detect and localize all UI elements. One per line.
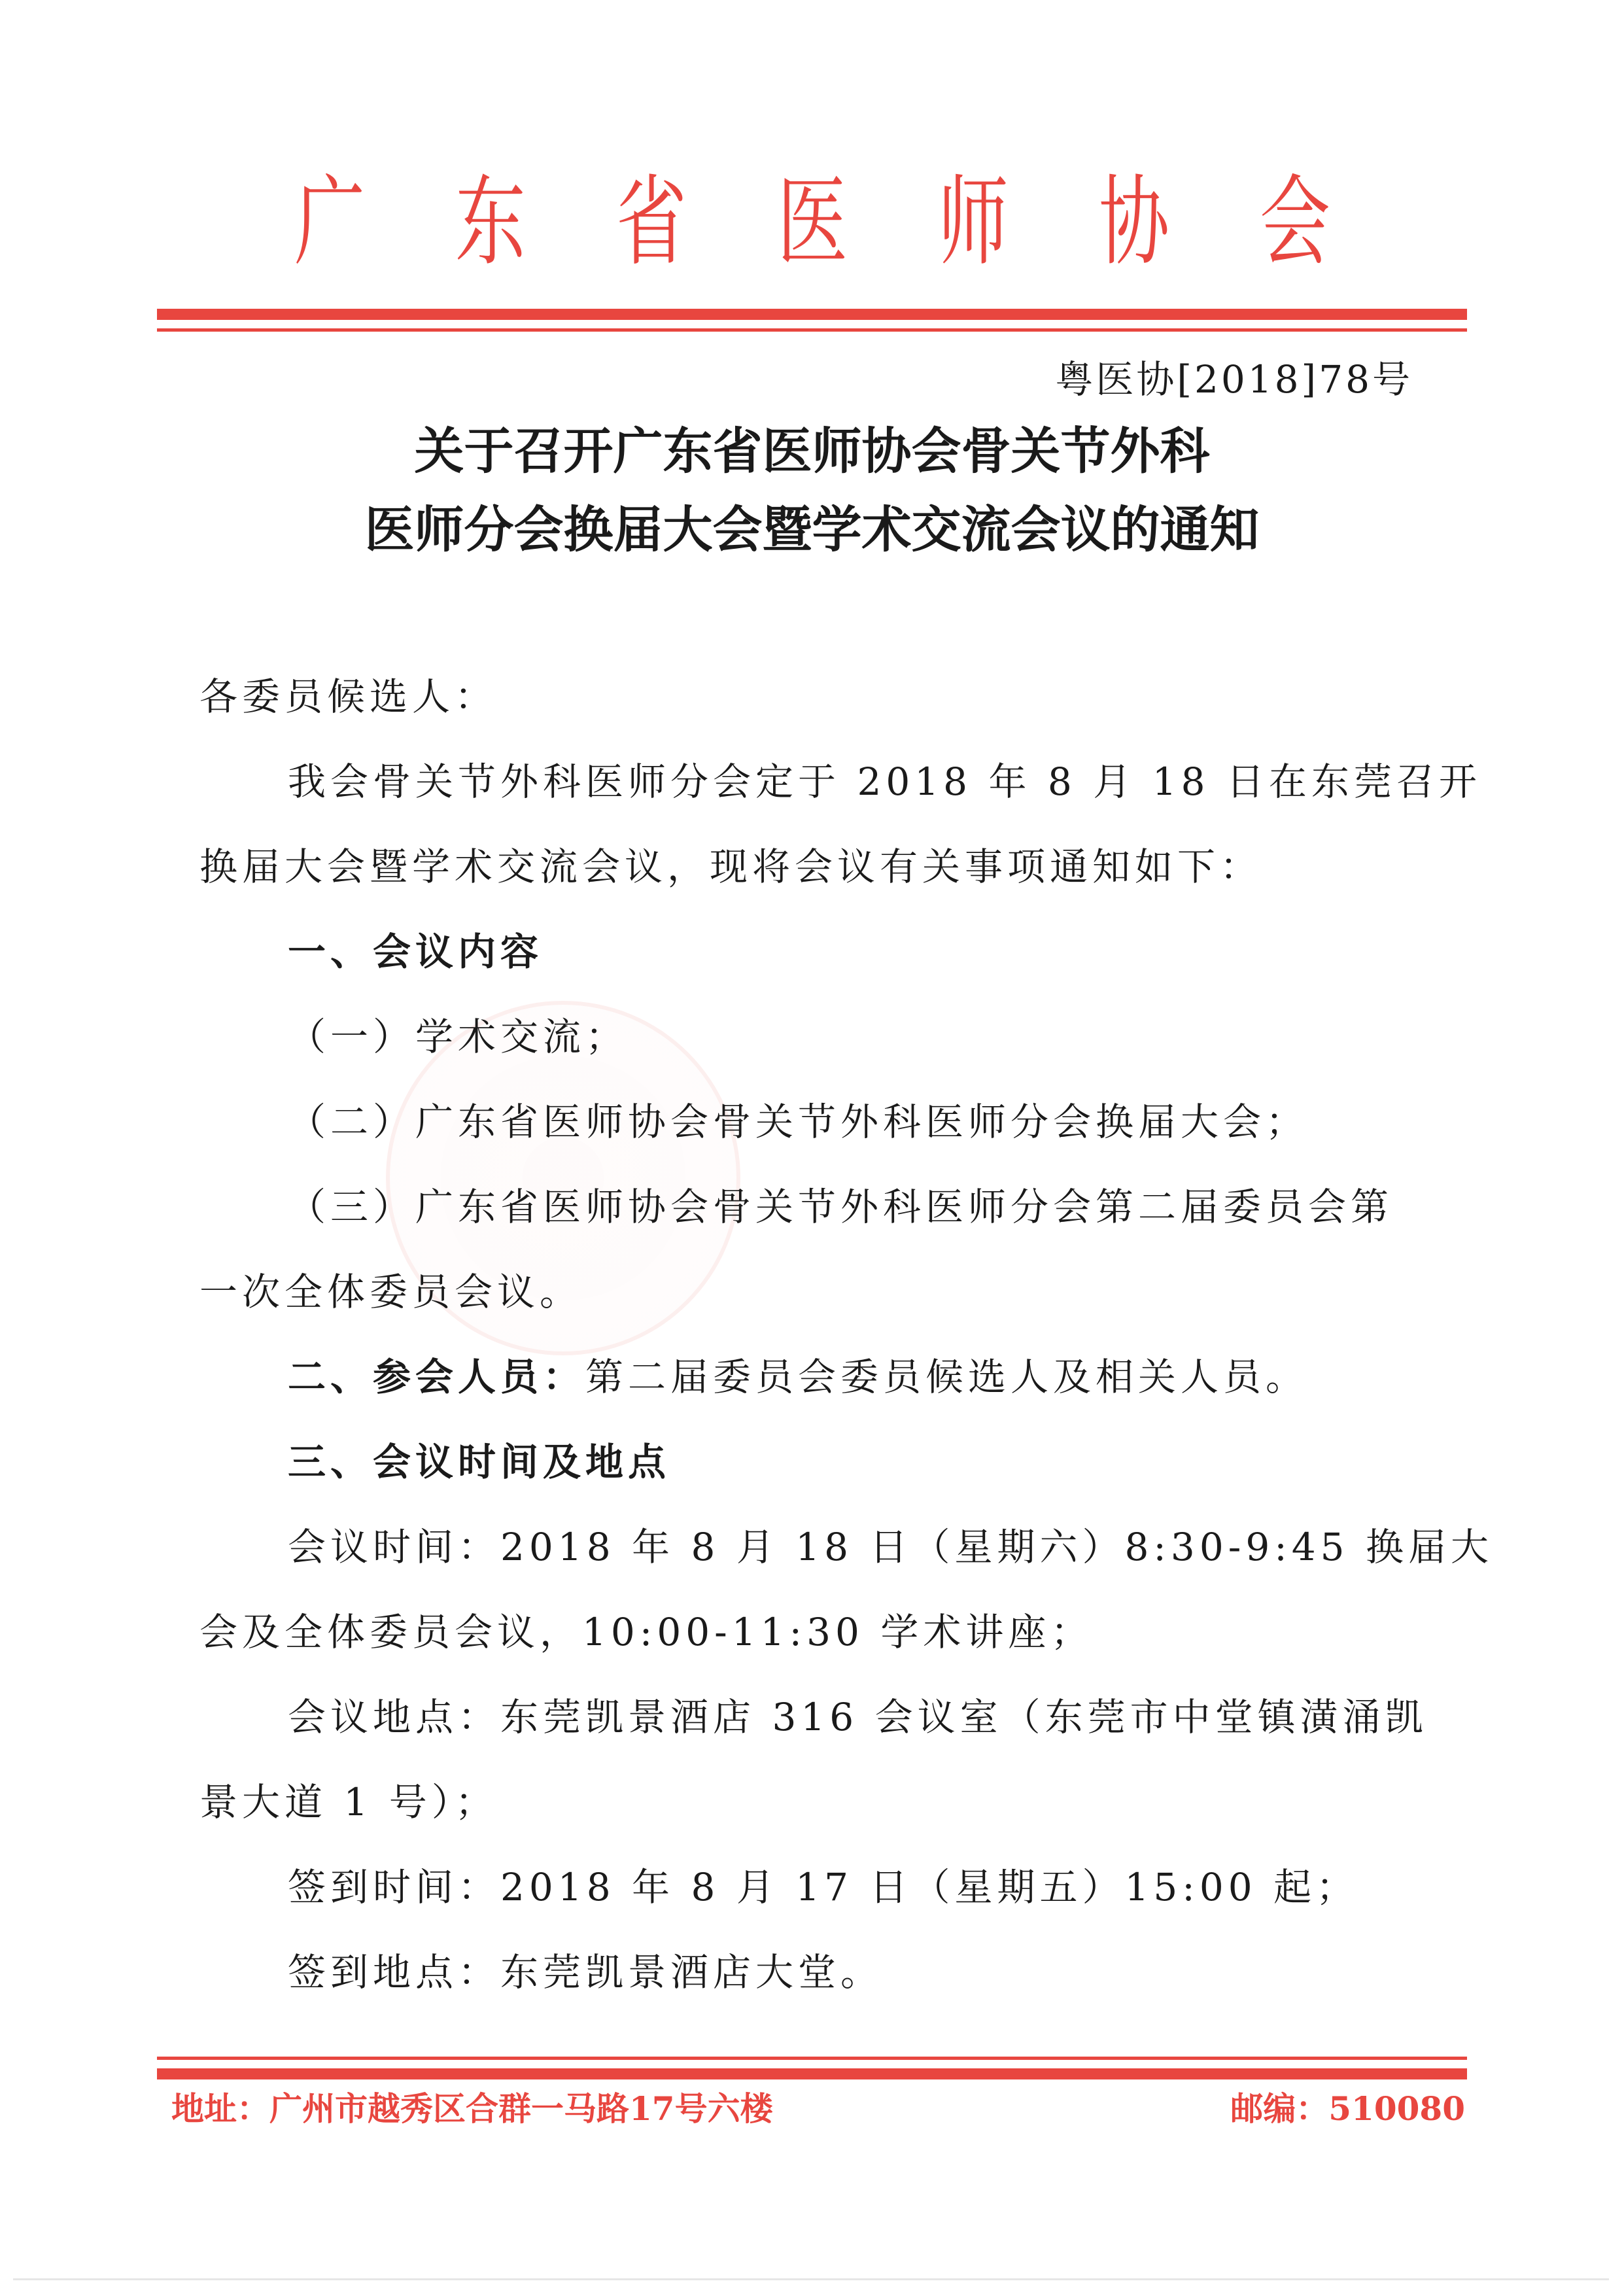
org-name-char: 广 xyxy=(271,167,387,278)
salutation: 各委员候选人： xyxy=(199,654,1409,739)
meeting-time-line-1: 会议时间：2018 年 8 月 18 日（星期六）8:30-9:45 换届大 xyxy=(199,1505,1409,1590)
footer-postal-code: 邮编：510080 xyxy=(1230,2088,1465,2130)
document-title-line-1: 关于召开广东省医师协会骨关节外科 xyxy=(0,415,1624,487)
org-name-char: 省 xyxy=(593,167,709,278)
meeting-time-line-2: 会及全体委员会议，10:00-11:30 学术讲座； xyxy=(199,1590,1409,1675)
document-number: 粤医协[2018]78号 xyxy=(1055,357,1413,402)
org-name-char: 医 xyxy=(754,167,870,278)
meeting-place-line-2: 景大道 1 号）； xyxy=(199,1760,1409,1845)
checkin-time: 签到时间：2018 年 8 月 17 日（星期五）15:00 起； xyxy=(199,1845,1409,1930)
section-heading-time-place: 三、会议时间及地点 xyxy=(199,1419,1409,1505)
section-heading-meeting-content: 一、会议内容 xyxy=(199,909,1409,994)
intro-paragraph-line-2: 换届大会暨学术交流会议，现将会议有关事项通知如下： xyxy=(199,824,1409,909)
scan-edge-line xyxy=(13,2278,1609,2280)
document-body: 各委员候选人： 我会骨关节外科医师分会定于 2018 年 8 月 18 日在东莞… xyxy=(199,654,1409,2015)
footer-address: 地址：广州市越秀区合群一马路17号六楼 xyxy=(171,2088,773,2130)
section-attendees: 二、参会人员：第二届委员会委员候选人及相关人员。 xyxy=(199,1334,1409,1419)
checkin-place: 签到地点：东莞凯景酒店大堂。 xyxy=(199,1930,1409,2015)
list-item: （一）学术交流； xyxy=(199,994,1409,1079)
list-item-continuation: 一次全体委员会议。 xyxy=(199,1249,1409,1334)
org-name-char: 师 xyxy=(915,167,1031,278)
meeting-place-line-1: 会议地点：东莞凯景酒店 316 会议室（东莞市中堂镇潢涌凯 xyxy=(199,1675,1409,1760)
footer-divider-thick xyxy=(157,2068,1467,2079)
attendees-text: 第二届委员会委员候选人及相关人员。 xyxy=(585,1355,1308,1399)
org-name-char: 协 xyxy=(1076,167,1192,278)
org-name-char: 会 xyxy=(1237,167,1353,278)
footer-divider-thin xyxy=(157,2057,1467,2060)
intro-paragraph-line-1: 我会骨关节外科医师分会定于 2018 年 8 月 18 日在东莞召开 xyxy=(199,739,1409,824)
letterhead-divider-thick xyxy=(157,309,1467,320)
document-title-line-2: 医师分会换届大会暨学术交流会议的通知 xyxy=(0,494,1624,566)
org-name-char: 东 xyxy=(432,167,548,278)
list-item: （三）广东省医师协会骨关节外科医师分会第二届委员会第 xyxy=(199,1164,1409,1249)
letterhead-divider-thin xyxy=(157,328,1467,332)
section-heading-attendees: 二、参会人员： xyxy=(288,1355,585,1399)
list-item: （二）广东省医师协会骨关节外科医师分会换届大会； xyxy=(199,1079,1409,1164)
organization-name-letterhead: 广 东 省 医 师 协 会 xyxy=(0,167,1624,278)
